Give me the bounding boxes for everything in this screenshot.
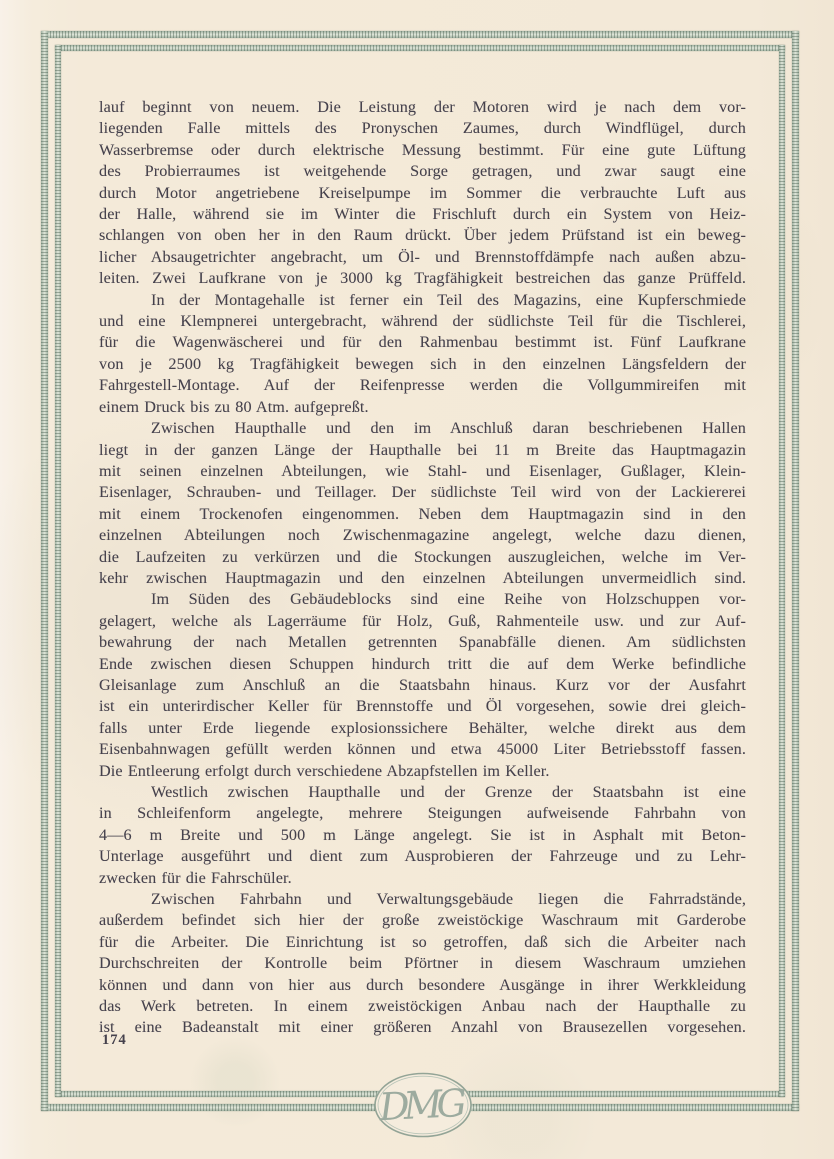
text-block: lauf beginnt von neuem. Die Leistung der…	[99, 97, 746, 1039]
paragraph: Westlich zwischen Haupthalle und der Gre…	[99, 782, 746, 889]
frame-inner-left-rule	[55, 45, 61, 1097]
text-line: das Werk betreten. In einem zweistöckige…	[99, 996, 746, 1017]
frame-outer-top-rule	[41, 31, 799, 38]
text-line: liegenden Falle mittels des Pronyschen Z…	[99, 118, 746, 139]
text-line: Unterlage ausgeführt und dient zum Auspr…	[99, 846, 746, 867]
frame-outer-left-rule	[41, 31, 48, 1111]
text-line: gelagert, welche als Lagerräume für Holz…	[99, 611, 746, 632]
book-page: lauf beginnt von neuem. Die Leistung der…	[0, 0, 834, 1159]
paragraph: lauf beginnt von neuem. Die Leistung der…	[99, 97, 746, 290]
text-line: durch Motor angetriebene Kreiselpumpe im…	[99, 183, 746, 204]
text-line: in Schleifenform angelegte, mehrere Stei…	[99, 803, 746, 824]
text-line: für die Arbeiter. Die Einrichtung ist so…	[99, 932, 746, 953]
text-line: Eisenlager, Schrauben- und Teillager. De…	[99, 482, 746, 503]
text-line: außerdem befindet sich hier der große zw…	[99, 910, 746, 931]
text-line: können und dann von hier aus durch beson…	[99, 975, 746, 996]
page-number: 174	[102, 1032, 127, 1049]
text-line: ist ein unterirdischer Keller für Brenns…	[99, 696, 746, 717]
text-line: Eisenbahnwagen gefüllt werden können und…	[99, 739, 746, 760]
text-line: Durchschreiten der Kontrolle beim Pförtn…	[99, 953, 746, 974]
text-line: bewahrung der nach Metallen getrennten S…	[99, 632, 746, 653]
text-line: Die Entleerung erfolgt durch verschieden…	[99, 761, 746, 782]
text-line: der Halle, während sie im Winter die Fri…	[99, 204, 746, 225]
text-line: Gleisanlage zum Anschluß an die Staatsba…	[99, 675, 746, 696]
text-line: falls unter Erde liegende explosionssich…	[99, 718, 746, 739]
dmg-monogram: DMG	[377, 1081, 467, 1130]
text-line: Zwischen Fahrbahn und Verwaltungsgebäude…	[99, 889, 746, 910]
text-line: einzelnen Abteilungen noch Zwischenmagaz…	[99, 525, 746, 546]
text-line: lauf beginnt von neuem. Die Leistung der…	[99, 97, 746, 118]
text-line: kehr zwischen Hauptmagazin und den einze…	[99, 568, 746, 589]
text-line: liegt in der ganzen Länge der Haupthalle…	[99, 440, 746, 461]
text-line: die Laufzeiten zu verkürzen und die Stoc…	[99, 547, 746, 568]
text-line: mit seinen einzelnen Abteilungen, wie St…	[99, 461, 746, 482]
paragraph: In der Montagehalle ist ferner ein Teil …	[99, 290, 746, 418]
text-line: für die Wagenwäscherei und für den Rahme…	[99, 332, 746, 353]
text-line: leiten. Zwei Laufkrane von je 3000 kg Tr…	[99, 268, 746, 289]
frame-outer-right-rule	[792, 31, 799, 1111]
text-line: Fahrgestell-Montage. Auf der Reifenpress…	[99, 375, 746, 396]
text-line: schlangen von oben her in den Raum drück…	[99, 225, 746, 246]
text-line: zwecken für die Fahrschüler.	[99, 868, 746, 889]
frame-inner-top-rule	[55, 45, 785, 51]
text-line: Im Süden des Gebäudeblocks sind eine Rei…	[99, 589, 746, 610]
paragraph: Zwischen Haupthalle und den im Anschluß …	[99, 418, 746, 589]
text-line: Ende zwischen diesen Schuppen hindurch t…	[99, 654, 746, 675]
text-line: Wasserbremse oder durch elektrische Mess…	[99, 140, 746, 161]
text-line: mit einem Trockenofen eingenommen. Neben…	[99, 504, 746, 525]
text-line: licher Absaugetrichter angebracht, um Öl…	[99, 247, 746, 268]
text-line: ist eine Badeanstalt mit einer größeren …	[99, 1017, 746, 1038]
dmg-medallion: DMG	[372, 1071, 474, 1139]
text-line: Zwischen Haupthalle und den im Anschluß …	[99, 418, 746, 439]
text-line: Westlich zwischen Haupthalle und der Gre…	[99, 782, 746, 803]
text-line: von je 2500 kg Tragfähigkeit bewegen sic…	[99, 354, 746, 375]
paragraph: Zwischen Fahrbahn und Verwaltungsgebäude…	[99, 889, 746, 1039]
text-line: des Probierraumes ist weitgehende Sorge …	[99, 161, 746, 182]
text-line: In der Montagehalle ist ferner ein Teil …	[99, 290, 746, 311]
text-line: und eine Klempnerei untergebracht, währe…	[99, 311, 746, 332]
frame-inner-right-rule	[779, 45, 785, 1097]
text-line: 4—6 m Breite und 500 m Länge angelegt. S…	[99, 825, 746, 846]
text-line: einem Druck bis zu 80 Atm. aufgepreßt.	[99, 397, 746, 418]
paragraph: Im Süden des Gebäudeblocks sind eine Rei…	[99, 589, 746, 782]
